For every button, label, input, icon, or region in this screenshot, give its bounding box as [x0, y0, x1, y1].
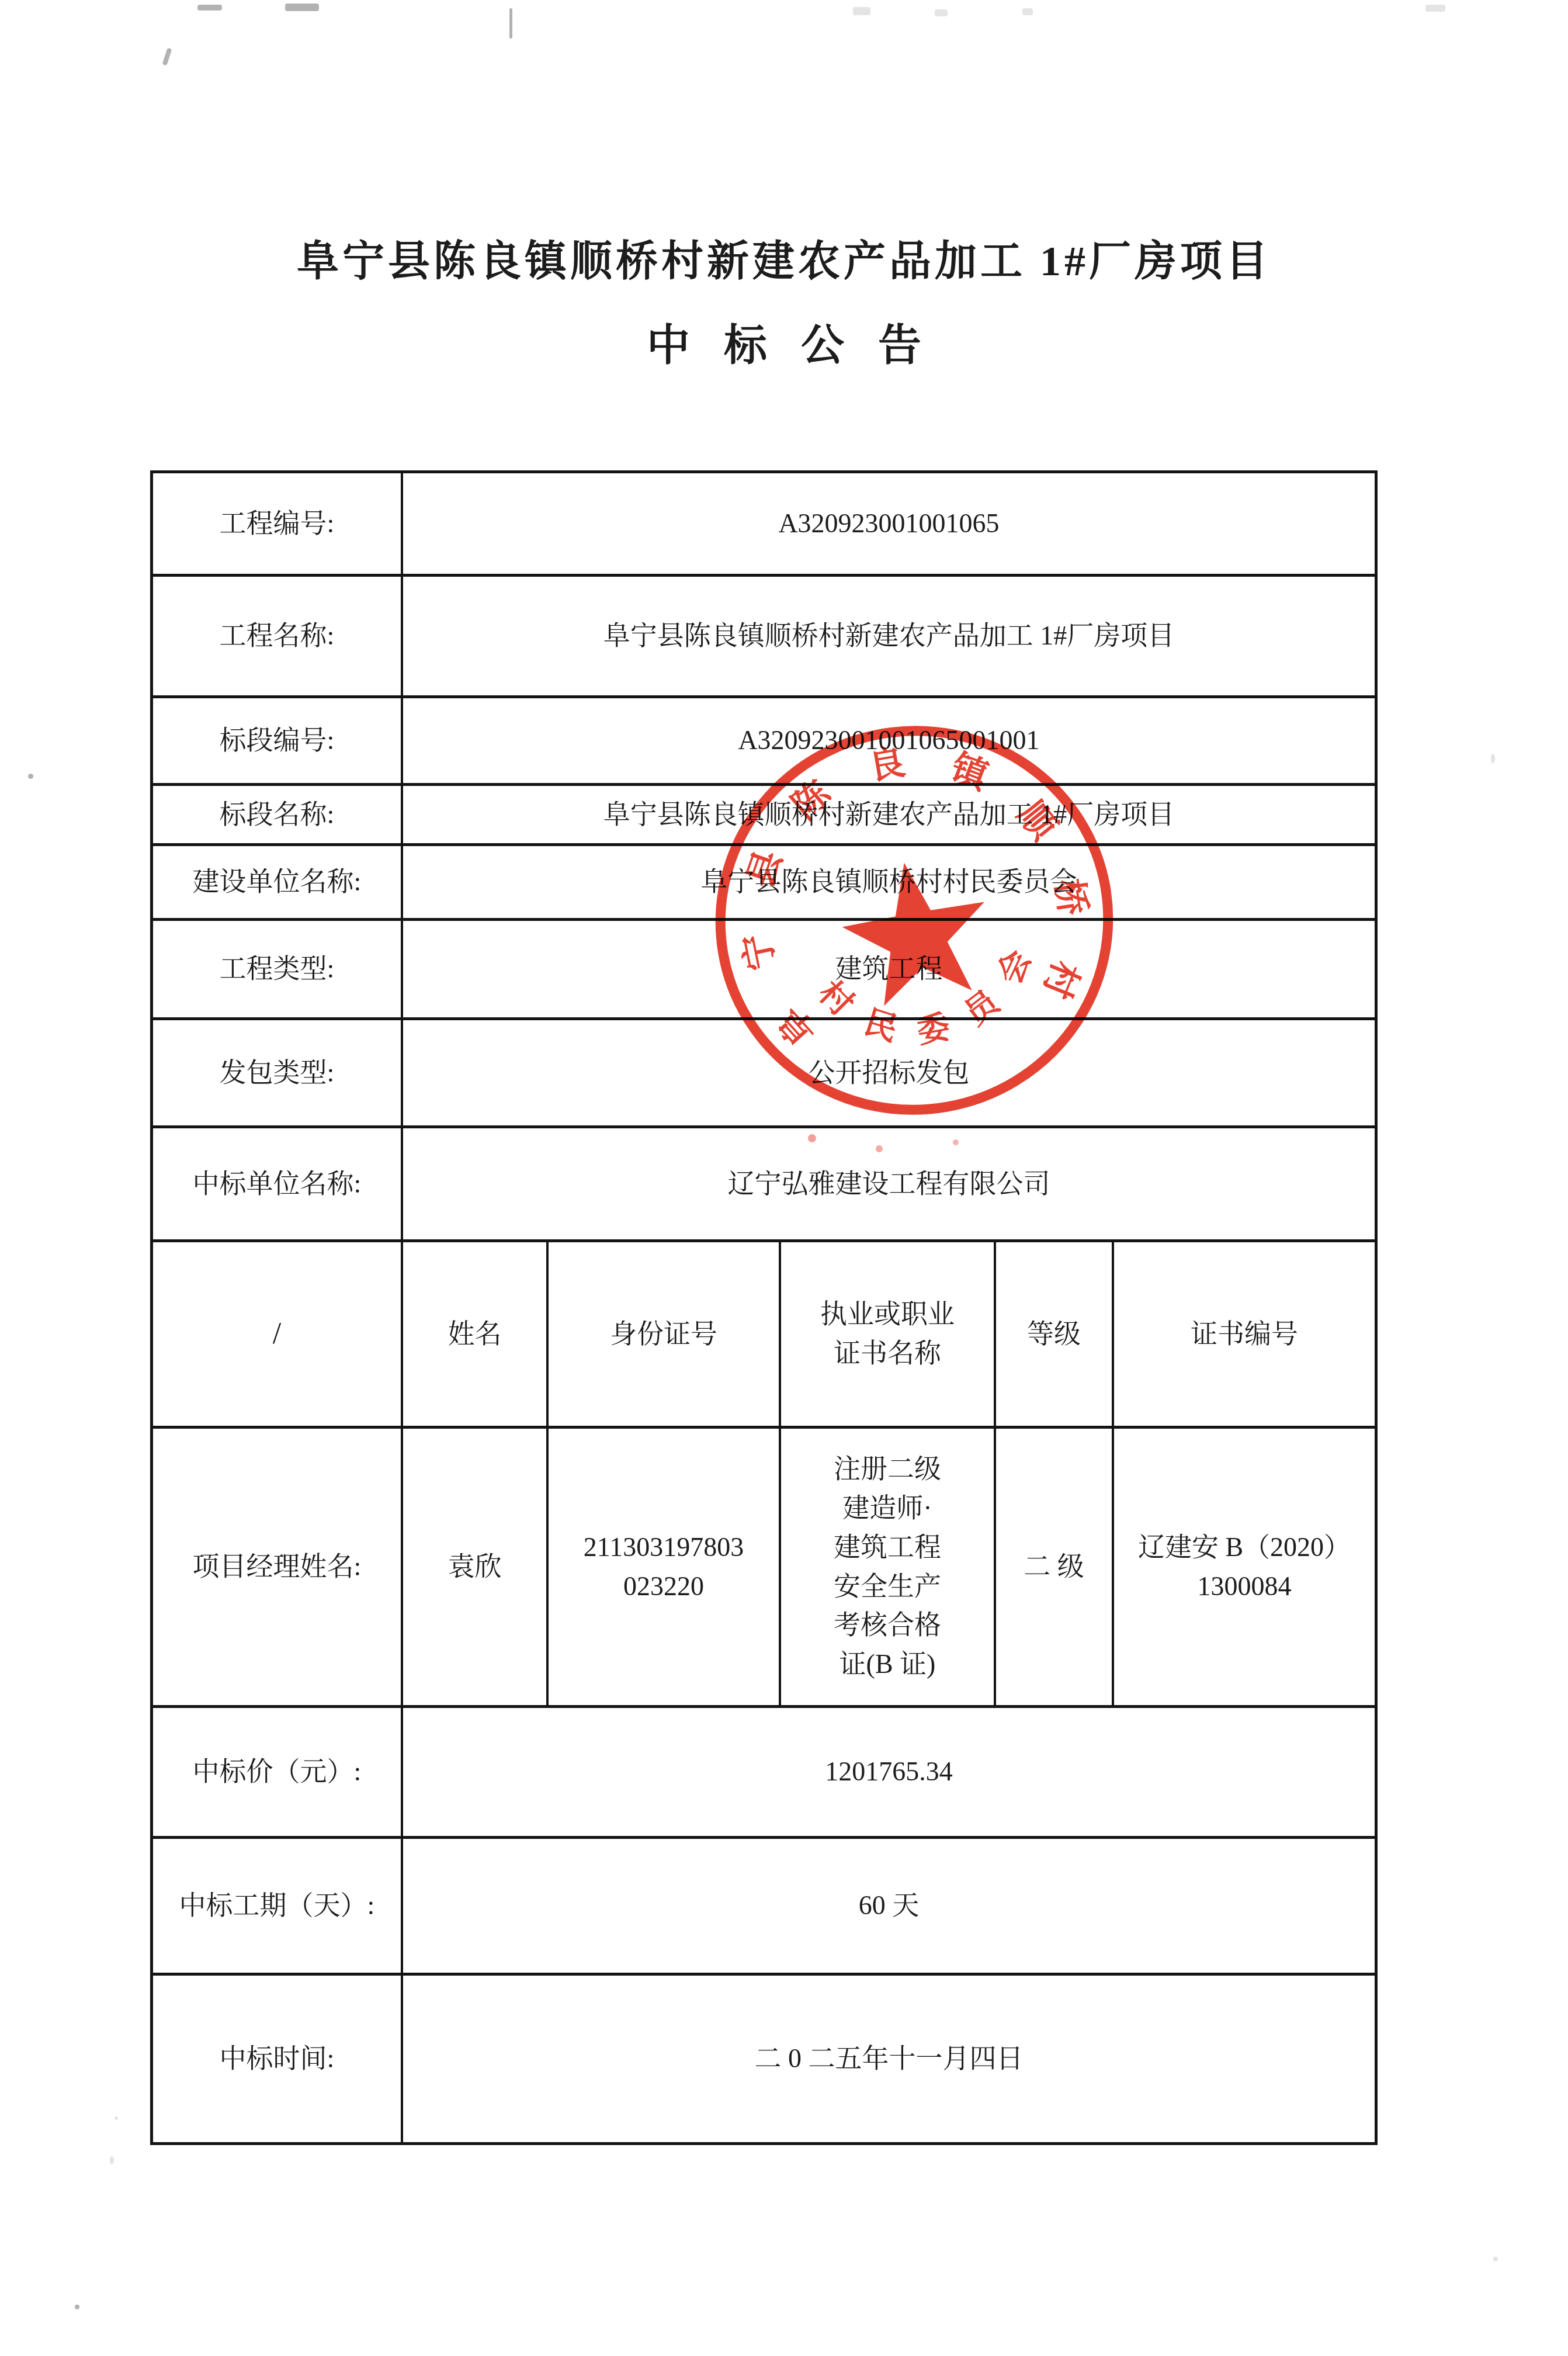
scan-artifact: [115, 2116, 118, 2120]
table-row: 中标价（元）: 1201765.34: [153, 1708, 1375, 1839]
scan-artifact: [1425, 5, 1445, 12]
document-page: 阜宁县陈良镇顺桥村新建农产品加工 1#厂房项目 中标公告 工程编号: A3209…: [0, 0, 1568, 2356]
bid-date-value: 二 0 二五年十一月四日: [403, 1976, 1375, 2142]
project-manager-cert-number: 辽建安 B（2020） 1300084: [1114, 1429, 1375, 1705]
document-title-line2: 中标公告: [0, 311, 1568, 373]
owner-name-label: 建设单位名称:: [153, 846, 403, 918]
table-row: 标段名称: 阜宁县陈良镇顺桥村新建农产品加工 1#厂房项目: [153, 786, 1375, 846]
table-row: 工程名称: 阜宁县陈良镇顺桥村新建农产品加工 1#厂房项目: [153, 577, 1375, 698]
scan-artifact: [1022, 8, 1033, 15]
section-code-value: A320923001001065001001: [403, 698, 1375, 783]
project-manager-cert-name: 注册二级 建造师· 建筑工程 安全生产 考核合格 证(B 证): [781, 1429, 996, 1705]
scan-artifact: [285, 4, 319, 11]
scan-artifact: [1493, 2257, 1498, 2261]
owner-name-value: 阜宁县陈良镇顺桥村村民委员会: [403, 846, 1375, 918]
scan-artifact: [162, 47, 172, 65]
project-code-value: A320923001001065: [403, 473, 1375, 574]
project-manager-row: 项目经理姓名: 袁欣 211303197803 023220 注册二级 建造师·…: [153, 1429, 1375, 1708]
scan-artifact: [110, 2156, 114, 2164]
project-manager-grade: 二 级: [996, 1429, 1114, 1705]
person-header-cert-name: 执业或职业 证书名称: [781, 1242, 996, 1426]
bid-price-label: 中标价（元）:: [153, 1708, 403, 1836]
project-manager-id-number: 211303197803 023220: [549, 1429, 781, 1705]
project-manager-label: 项目经理姓名:: [153, 1429, 403, 1705]
table-row: 工程类型: 建筑工程: [153, 921, 1375, 1020]
section-name-label: 标段名称:: [153, 786, 403, 843]
scan-artifact: [28, 774, 33, 779]
section-code-label: 标段编号:: [153, 698, 403, 783]
bid-date-label: 中标时间:: [153, 1976, 403, 2142]
scan-artifact: [1491, 754, 1495, 763]
person-header-grade: 等级: [996, 1242, 1114, 1426]
project-manager-name: 袁欣: [403, 1429, 549, 1705]
bid-duration-label: 中标工期（天）:: [153, 1839, 403, 1973]
bid-duration-value: 60 天: [403, 1839, 1375, 1973]
project-code-label: 工程编号:: [153, 473, 403, 574]
table-row: 建设单位名称: 阜宁县陈良镇顺桥村村民委员会: [153, 846, 1375, 921]
winner-name-label: 中标单位名称:: [153, 1128, 403, 1239]
table-row: 中标工期（天）: 60 天: [153, 1839, 1375, 1976]
table-row: 标段编号: A320923001001065001001: [153, 698, 1375, 786]
scan-artifact: [935, 9, 948, 16]
person-header-row: / 姓名 身份证号 执业或职业 证书名称 等级 证书编号: [153, 1242, 1375, 1429]
person-header-id-number: 身份证号: [549, 1242, 781, 1426]
person-header-cert-number: 证书编号: [1114, 1242, 1375, 1426]
winner-name-value: 辽宁弘雅建设工程有限公司: [403, 1128, 1375, 1239]
bid-announcement-table: 工程编号: A320923001001065 工程名称: 阜宁县陈良镇顺桥村新建…: [150, 470, 1378, 2145]
scan-artifact: [853, 7, 870, 15]
table-row: 中标单位名称: 辽宁弘雅建设工程有限公司: [153, 1128, 1375, 1242]
contract-type-value: 公开招标发包: [403, 1020, 1375, 1125]
project-type-value: 建筑工程: [403, 921, 1375, 1017]
scan-artifact: [75, 2305, 79, 2309]
table-row: 工程编号: A320923001001065: [153, 473, 1375, 577]
contract-type-label: 发包类型:: [153, 1020, 403, 1125]
person-header-name: 姓名: [403, 1242, 549, 1426]
scan-artifact: [509, 8, 512, 39]
project-type-label: 工程类型:: [153, 921, 403, 1017]
project-name-value: 阜宁县陈良镇顺桥村新建农产品加工 1#厂房项目: [403, 577, 1375, 695]
scan-artifact: [197, 5, 222, 11]
person-header-slash: /: [153, 1242, 403, 1426]
table-row: 中标时间: 二 0 二五年十一月四日: [153, 1976, 1375, 2142]
section-name-value: 阜宁县陈良镇顺桥村新建农产品加工 1#厂房项目: [403, 786, 1375, 843]
project-name-label: 工程名称:: [153, 577, 403, 695]
table-row: 发包类型: 公开招标发包: [153, 1020, 1375, 1128]
document-title-line1: 阜宁县陈良镇顺桥村新建农产品加工 1#厂房项目: [0, 227, 1568, 287]
bid-price-value: 1201765.34: [403, 1708, 1375, 1836]
